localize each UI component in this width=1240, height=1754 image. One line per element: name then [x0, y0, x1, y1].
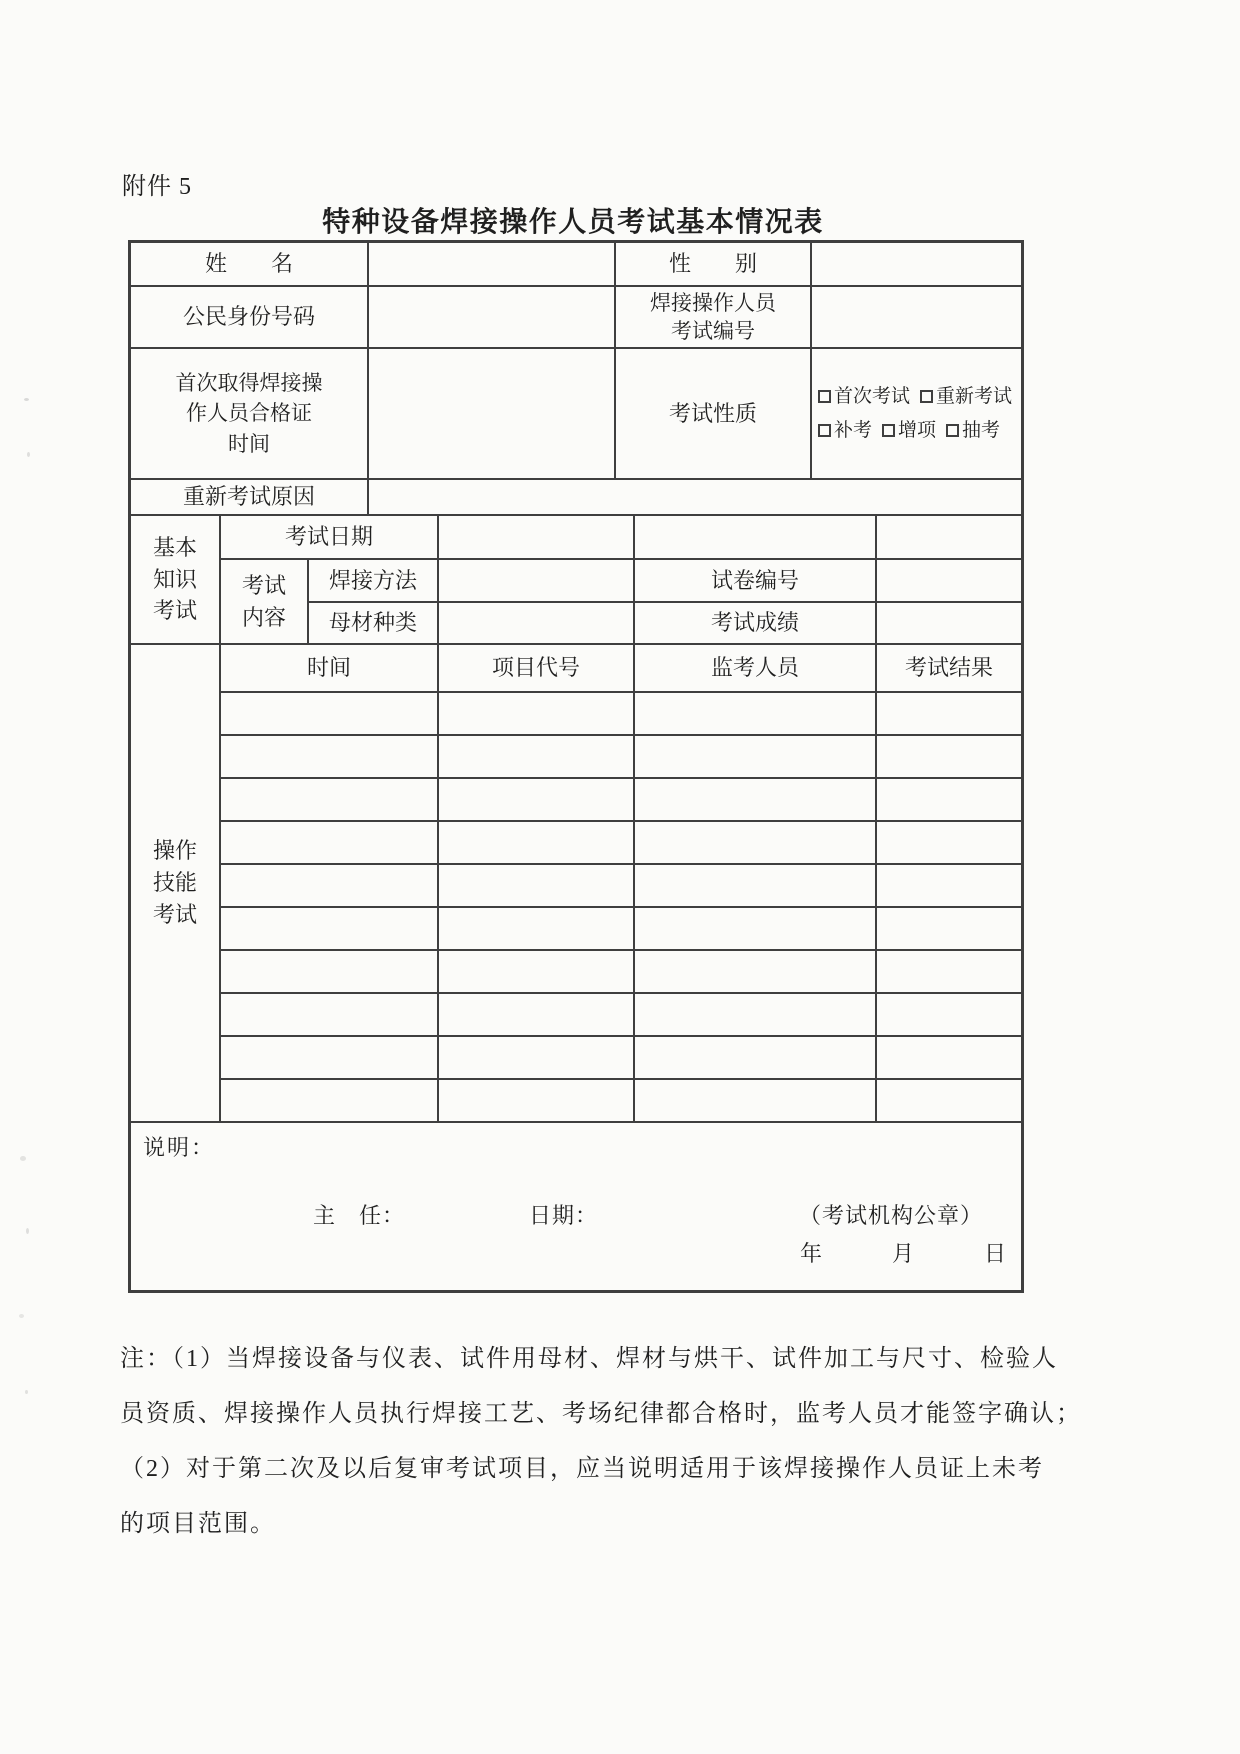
skill-row-cell [877, 865, 1021, 906]
table-row [221, 865, 1021, 908]
year-month-day-label: 年 月 日 [800, 1237, 1007, 1268]
skill-row-cell [877, 908, 1021, 949]
skill-row-cell [439, 822, 635, 863]
skill-row-cell [877, 1037, 1021, 1078]
skill-row-cell [635, 865, 877, 906]
paper-number-value-cell [877, 560, 1021, 603]
skill-col-result-header: 考试结果 [877, 645, 1021, 693]
exam-content-label-cell: 考试 内容 [221, 560, 309, 645]
table-row [221, 951, 1021, 994]
skill-row-cell [635, 736, 877, 777]
skill-row-cell [221, 693, 439, 734]
skill-row-cell [877, 822, 1021, 863]
notes-label: 说明： [143, 1131, 215, 1162]
skill-row-cell [877, 693, 1021, 734]
skill-col-project-code-header: 项目代号 [439, 645, 635, 693]
skill-row-cell [635, 994, 877, 1035]
exam-date-value-cell-1 [439, 516, 635, 560]
skill-row-cell [221, 822, 439, 863]
skill-row-cell [221, 1080, 439, 1121]
footnote-line: 注：（1）当焊接设备与仪表、试件用母材、焊材与烘干、试件加工与尺寸、检验人 [120, 1338, 1138, 1393]
skill-row-cell [635, 822, 877, 863]
table-row [221, 1080, 1021, 1123]
skill-row-cell [221, 1037, 439, 1078]
operation-skill-section-label: 操作 技能 考试 [131, 645, 221, 1123]
skill-row-cell [221, 994, 439, 1035]
option-label: 增项 [898, 418, 936, 444]
skill-row-cell [439, 1080, 635, 1121]
exam-date-value-cell-2 [635, 516, 877, 560]
exam-number-label-cell: 焊接操作人员 考试编号 [616, 287, 812, 349]
notes-signature-cell: 说明： 主 任： 日期： （考试机构公章） 年 月 日 [131, 1123, 1021, 1290]
skill-row-cell [877, 1080, 1021, 1121]
scan-artifact [27, 452, 30, 457]
skill-row-cell [439, 693, 635, 734]
skill-row-cell [635, 779, 877, 820]
scan-artifact [19, 1314, 24, 1318]
exam-number-value-cell [812, 287, 1021, 349]
checkbox-icon [818, 424, 831, 437]
skill-row-cell [877, 951, 1021, 992]
skill-col-time-header: 时间 [221, 645, 439, 693]
name-value-cell [369, 243, 616, 287]
skill-row-cell [439, 779, 635, 820]
table-row [221, 693, 1021, 736]
option-label: 抽考 [962, 418, 1000, 444]
option-spot-check-exam: 抽考 [946, 418, 1000, 444]
option-label: 补考 [834, 418, 872, 444]
base-material-value-cell [439, 603, 635, 645]
citizen-id-label-cell: 公民身份号码 [131, 287, 369, 349]
scan-artifact [20, 1156, 26, 1161]
table-row [221, 822, 1021, 865]
footnote-line: （2）对于第二次及以后复审考试项目，应当说明适用于该焊接操作人员证上未考 [120, 1448, 1138, 1503]
table-row [221, 779, 1021, 822]
skill-row-cell [221, 736, 439, 777]
welding-method-label-cell: 焊接方法 [309, 560, 439, 603]
table-row [221, 1037, 1021, 1080]
gender-value-cell [812, 243, 1021, 287]
skill-row-cell [221, 908, 439, 949]
name-label-cell: 姓 名 [131, 243, 369, 287]
director-signature-label: 主 任： [313, 1199, 405, 1230]
skill-row-cell [221, 865, 439, 906]
skill-row-cell [439, 1037, 635, 1078]
footnote: 注：（1）当焊接设备与仪表、试件用母材、焊材与烘干、试件加工与尺寸、检验人 员资… [120, 1338, 1138, 1558]
checkbox-icon [946, 424, 959, 437]
retest-reason-label-cell: 重新考试原因 [131, 480, 369, 516]
official-seal-label: （考试机构公章） [799, 1199, 983, 1230]
skill-row-cell [439, 951, 635, 992]
skill-row-cell [877, 994, 1021, 1035]
date-signature-label: 日期： [529, 1199, 598, 1230]
skill-row-cell [439, 865, 635, 906]
gender-label-cell: 性 别 [616, 243, 812, 287]
exam-date-value-cell-3 [877, 516, 1021, 560]
table-row [221, 908, 1021, 951]
checkbox-icon [818, 390, 831, 403]
skill-row-cell [877, 779, 1021, 820]
scan-artifact [26, 1228, 29, 1234]
skill-exam-empty-rows [221, 693, 1021, 1123]
skill-row-cell [439, 994, 635, 1035]
exam-basic-info-table: 姓 名 性 别 公民身份号码 焊接操作人员 考试编号 首次取得焊接操 作人员合格… [128, 240, 1024, 1293]
skill-row-cell [635, 1080, 877, 1121]
skill-row-cell [439, 908, 635, 949]
option-re-exam: 重新考试 [920, 384, 1012, 410]
first-cert-time-value-cell [369, 349, 616, 480]
base-material-label-cell: 母材种类 [309, 603, 439, 645]
exam-score-value-cell [877, 603, 1021, 645]
attachment-label: 附件 5 [122, 166, 192, 201]
checkbox-icon [882, 424, 895, 437]
skill-row-cell [635, 908, 877, 949]
skill-col-invigilator-header: 监考人员 [635, 645, 877, 693]
exam-nature-options-line2: 补考 增项 抽考 [818, 418, 1000, 444]
table-row [221, 994, 1021, 1037]
footnote-line: 的项目范围。 [120, 1503, 1138, 1558]
exam-nature-options-line1: 首次考试 重新考试 [818, 384, 1012, 410]
exam-nature-options-cell: 首次考试 重新考试 补考 增项 抽考 [812, 349, 1021, 480]
option-first-exam: 首次考试 [818, 384, 910, 410]
option-label: 重新考试 [936, 384, 1012, 410]
skill-row-cell [221, 779, 439, 820]
skill-row-cell [635, 693, 877, 734]
skill-row-cell [635, 951, 877, 992]
skill-row-cell [221, 951, 439, 992]
scan-artifact [24, 398, 29, 401]
skill-row-cell [635, 1037, 877, 1078]
exam-score-label-cell: 考试成绩 [635, 603, 877, 645]
exam-date-label-cell: 考试日期 [221, 516, 439, 560]
exam-nature-label-cell: 考试性质 [616, 349, 812, 480]
paper-number-label-cell: 试卷编号 [635, 560, 877, 603]
citizen-id-value-cell [369, 287, 616, 349]
skill-row-cell [877, 736, 1021, 777]
table-row [221, 736, 1021, 779]
skill-row-cell [439, 736, 635, 777]
footnote-line: 员资质、焊接操作人员执行焊接工艺、考场纪律都合格时，监考人员才能签字确认； [120, 1393, 1138, 1448]
option-label: 首次考试 [834, 384, 910, 410]
welding-method-value-cell [439, 560, 635, 603]
retest-reason-value-cell [369, 480, 1021, 516]
basic-knowledge-section-label: 基本 知识 考试 [131, 516, 221, 645]
checkbox-icon [920, 390, 933, 403]
option-added-item: 增项 [882, 418, 936, 444]
option-makeup-exam: 补考 [818, 418, 872, 444]
first-cert-time-label-cell: 首次取得焊接操 作人员合格证 时间 [131, 349, 369, 480]
page-title: 特种设备焊接操作人员考试基本情况表 [128, 200, 1018, 240]
scan-artifact [25, 1390, 28, 1394]
